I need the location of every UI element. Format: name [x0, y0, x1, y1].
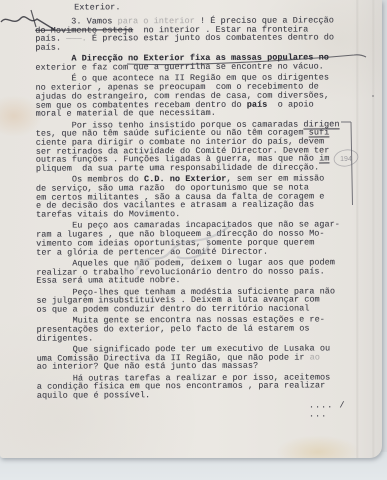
- text-segment: ao: [310, 352, 320, 362]
- text-line: os que a podem conduzir dentro do territ…: [36, 304, 356, 314]
- paragraph: Muita gente se encontra nas nossas estaç…: [36, 316, 356, 344]
- text-line: aquilo que é possível.: [37, 390, 357, 400]
- text-segment: exterior e faz com que a guerrilha se en…: [35, 62, 323, 73]
- text-segment: É preciso estar junto dos combatentes de…: [87, 33, 334, 44]
- text-line: moral e material de que necessitam.: [36, 109, 356, 119]
- continuation-mark: .... / ...: [37, 401, 357, 420]
- text-line: tarefas vitais do Movimento.: [36, 209, 356, 219]
- text-line: Essa será uma atitude nobre.: [36, 276, 356, 286]
- text-segment: dirigentes.: [37, 333, 94, 343]
- paragraph: É o que acontece na II Região em que os …: [35, 74, 355, 119]
- text-line: ao interior? Que não está junto das mass…: [37, 362, 357, 372]
- paragraphs-container: 3. Vamos para o interior ! É preciso que…: [35, 16, 357, 400]
- text-segment: pliquem da sua parte uma responsabilidad…: [36, 162, 319, 173]
- paragraph: Os membros do C.D. no Exterior, sem ser …: [36, 175, 356, 220]
- paragraph: A Direcção no Exterior fixa as massas po…: [35, 54, 355, 73]
- text-segment: moral e material de que necessitam.: [36, 108, 216, 119]
- text-segment: Essa será uma atitude nobre.: [36, 275, 180, 286]
- text-segment: tarefas vitais do Movimento.: [36, 209, 180, 220]
- text-segment: ao interior? Que não está junto das mass…: [37, 361, 259, 372]
- text-line: dirigentes.: [37, 333, 357, 343]
- text-segment: o apoio: [267, 99, 313, 109]
- text-segment: im: [319, 154, 329, 164]
- paragraph: Por isso tenho insistido porque os camar…: [36, 120, 356, 174]
- paragraph: Há outras tarefas a realizar e por isso,…: [37, 373, 357, 401]
- text-segment: aquilo que é possível.: [37, 390, 150, 400]
- text-segment: país.: [35, 43, 61, 53]
- paragraph: Que significado pode ter um executivo de…: [37, 344, 357, 372]
- text-segment: país: [247, 99, 268, 109]
- text-line: exterior e faz com que a guerrilha se en…: [35, 62, 355, 72]
- paragraph: Peço-lhes que tenham a modéstia suficien…: [36, 287, 356, 315]
- text-segment: ter a glória de pertencer ao Comité Dire…: [36, 246, 268, 257]
- typed-text: Exterior. 3. Vamos para o interior ! É p…: [35, 2, 357, 420]
- text-segment: ———.: [66, 34, 87, 44]
- text-segment: para o interior: [118, 16, 195, 26]
- paragraph: Aqueles que não podem, deixem o lugar ao…: [36, 258, 356, 286]
- paragraph: 3. Vamos para o interior ! É preciso que…: [35, 16, 355, 52]
- scanned-document: Exterior. 3. Vamos para o interior ! É p…: [0, 0, 387, 480]
- page-heading: Exterior.: [35, 2, 355, 12]
- text-line: pliquem da sua parte uma responsabilidad…: [36, 163, 356, 173]
- text-line: país. ———. É preciso estar junto dos com…: [35, 34, 355, 44]
- text-segment: os que a podem conduzir dentro do territ…: [36, 303, 309, 314]
- paragraph: Eu peço aos camaradas incapacitados que …: [36, 221, 356, 257]
- text-line: país.: [35, 42, 355, 52]
- text-line: ter a glória de pertencer ao Comité Dire…: [36, 247, 356, 257]
